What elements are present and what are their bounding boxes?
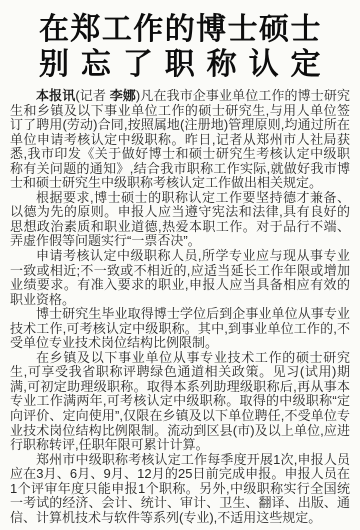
dateline-tag: 本报讯 (36, 88, 75, 103)
article-headline: 在郑工作的博士硕士 别忘了职称认定 (39, 12, 321, 82)
headline-line-1: 在郑工作的博士硕士 (39, 12, 321, 47)
reporter-name: 李娜 (110, 88, 136, 103)
article-paragraph-township-masters: 在乡镇及以下事业单位从事专业技术工作的硕士研究生,可享受我省职称评聘绿色通道相关… (10, 351, 350, 453)
lead-text: 凡在我市企事业单位工作的博士研究生和乡镇及以下事业单位工作的硕士研究生,与用人单… (10, 88, 350, 190)
newspaper-article-page: 在郑工作的博士硕士 别忘了职称认定 本报讯(记者 李娜)凡在我市企事业单位工作的… (0, 0, 360, 530)
article-paragraph-major-match: 申请考核认定中级职称人员,所学专业应与现从事专业一致或相近;不一致或不相近的,应… (10, 249, 350, 307)
article-body: 本报讯(记者 李娜)凡在我市企事业单位工作的博士研究生和乡镇及以下事业单位工作的… (10, 89, 350, 525)
article-paragraph-schedule: 郑州市中级职称考核认定工作每季度开展1次,申报人员应在3月、6月、9月、12月的… (10, 453, 350, 526)
article-paragraph-doctoral: 博士研究生毕业取得博士学位后到企事业单位从事专业技术工作,可考核认定中级职称。其… (10, 307, 350, 351)
lead-paragraph: 本报讯(记者 李娜)凡在我市企事业单位工作的博士研究生和乡镇及以下事业单位工作的… (10, 89, 350, 191)
reporter-prefix: (记者 (75, 88, 109, 103)
article-paragraph-requirements: 根据要求,博士硕士的职称认定工作要坚持德才兼备、以德为先的原则。申报人应当遵守宪… (10, 191, 350, 249)
headline-line-2: 别忘了职称认定 (39, 47, 321, 82)
